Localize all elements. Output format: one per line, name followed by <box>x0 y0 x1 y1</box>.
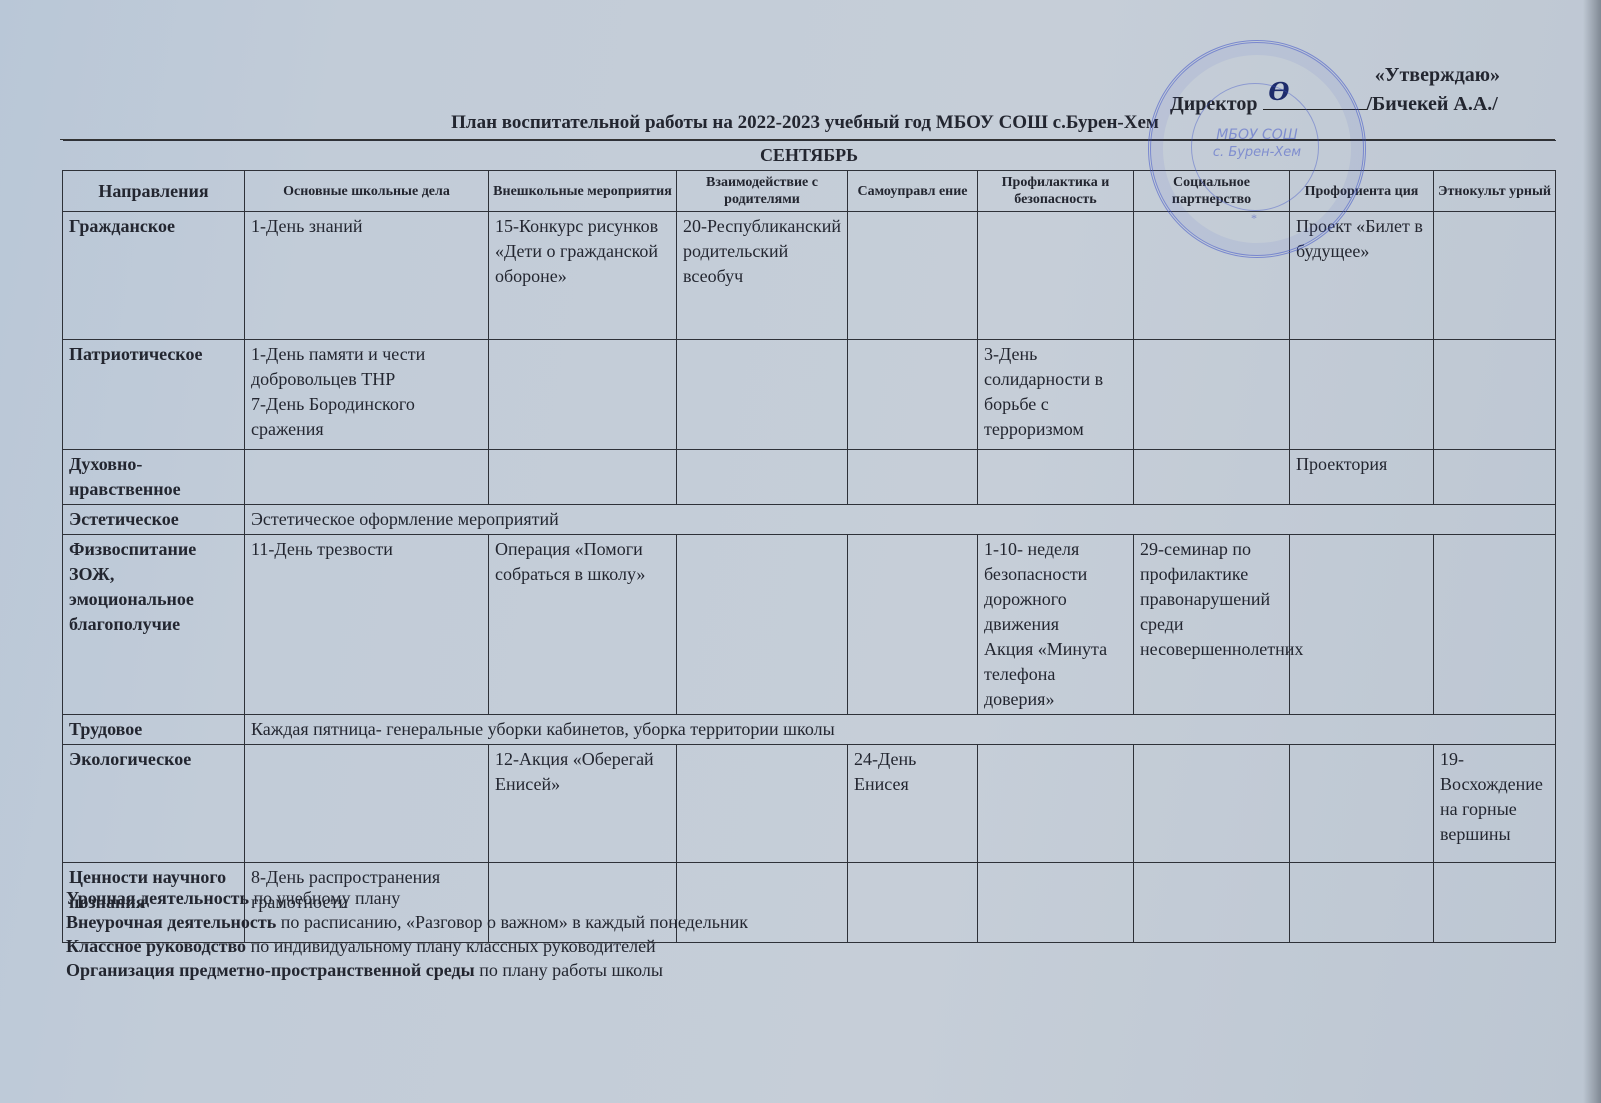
plan-table: СЕНТЯБРЬ НаправленияОсновные школьные де… <box>62 140 1556 943</box>
direction-cell: Экологическое <box>63 745 245 863</box>
direction-cell: Духовно-нравственное <box>63 450 245 505</box>
table-cell <box>677 450 848 505</box>
table-cell <box>677 745 848 863</box>
footer-line-heading: Классное руководство <box>66 936 246 956</box>
footer-notes: Урочная деятельность по учебному плануВн… <box>66 886 748 982</box>
direction-cell: Патриотическое <box>63 340 245 450</box>
table-cell: Проектория <box>1290 450 1434 505</box>
direction-cell: Эстетическое <box>63 505 245 535</box>
footer-line-text: по учебному плану <box>249 888 400 908</box>
table-cell <box>245 450 489 505</box>
table-cell: 15-Конкурс рисунков «Дети о гражданской … <box>489 212 677 340</box>
table-cell <box>978 745 1134 863</box>
table-cell: Проект «Билет в будущее» <box>1290 212 1434 340</box>
table-cell <box>1434 212 1556 340</box>
column-header: Профориента ция <box>1290 171 1434 212</box>
table-cell <box>245 745 489 863</box>
table-cell: 1-10- неделя безопасности дорожного движ… <box>978 535 1134 715</box>
footer-line-heading: Внеурочная деятельность <box>66 912 276 932</box>
table-cell <box>978 450 1134 505</box>
table-cell <box>848 212 978 340</box>
table-cell <box>1134 745 1290 863</box>
footer-line: Организация предметно-пространственной с… <box>66 958 748 982</box>
footer-line-text: по индивидуальному плану классных руково… <box>246 936 656 956</box>
table-row: Духовно-нравственноеПроектория <box>63 450 1556 505</box>
column-header: Основные школьные дела <box>245 171 489 212</box>
table-cell <box>1434 340 1556 450</box>
table-cell <box>848 535 978 715</box>
page-edge-shadow <box>1583 0 1601 1103</box>
merged-cell: Эстетическое оформление мероприятий <box>245 505 1556 535</box>
approval-block: «Утверждаю» Директор Ѳ/Бичекей А.А./ <box>1170 64 1500 116</box>
table-cell <box>1134 863 1290 943</box>
table-cell: 19-Восхождение на горные вершины <box>1434 745 1556 863</box>
table-row: Патриотическое1-День памяти и чести добр… <box>63 340 1556 450</box>
table-cell: 12-Акция «Оберегай Енисей» <box>489 745 677 863</box>
table-cell: 29-семинар по профилактике правонарушени… <box>1134 535 1290 715</box>
table-row: Физвоспитание ЗОЖ, эмоциональное благопо… <box>63 535 1556 715</box>
table-cell: 3-День солидарности в борьбе с терроризм… <box>978 340 1134 450</box>
table-cell <box>489 340 677 450</box>
table-cell: 1-День знаний <box>245 212 489 340</box>
footer-line: Классное руководство по индивидуальному … <box>66 934 748 958</box>
direction-cell: Трудовое <box>63 715 245 745</box>
direction-cell: Физвоспитание ЗОЖ, эмоциональное благопо… <box>63 535 245 715</box>
table-cell <box>978 212 1134 340</box>
column-header: Взаимодействие с родителями <box>677 171 848 212</box>
table-cell <box>1290 340 1434 450</box>
column-header: Направления <box>63 171 245 212</box>
table-cell: Операция «Помоги собраться в школу» <box>489 535 677 715</box>
column-header: Социальное партнерство <box>1134 171 1290 212</box>
table-row: ЭстетическоеЭстетическое оформление меро… <box>63 505 1556 535</box>
table-row: ТрудовоеКаждая пятница- генеральные убор… <box>63 715 1556 745</box>
signature: Ѳ <box>1269 77 1290 106</box>
approve-label: «Утверждаю» <box>1170 64 1500 87</box>
table-cell <box>1434 450 1556 505</box>
column-header: Внешкольные мероприятия <box>489 171 677 212</box>
column-header: Этнокульт урный <box>1434 171 1556 212</box>
table-cell <box>1290 863 1434 943</box>
column-header: Профилактика и безопасность <box>978 171 1134 212</box>
page-title: План воспитательной работы на 2022-2023 … <box>60 112 1550 134</box>
table-cell <box>848 450 978 505</box>
signature-line: Ѳ <box>1263 91 1367 110</box>
table-cell <box>848 863 978 943</box>
table-cell <box>1434 535 1556 715</box>
footer-line-text: по расписанию, «Разговор о важном» в каж… <box>276 912 748 932</box>
table-cell <box>1134 340 1290 450</box>
table-cell <box>489 450 677 505</box>
table-cell: 24-День Енисея <box>848 745 978 863</box>
table-cell <box>978 863 1134 943</box>
table-cell <box>677 340 848 450</box>
table-row: Гражданское1-День знаний15-Конкурс рисун… <box>63 212 1556 340</box>
footer-line: Урочная деятельность по учебному плану <box>66 886 748 910</box>
table-header-row: НаправленияОсновные школьные делаВнешкол… <box>63 171 1556 212</box>
direction-cell: Гражданское <box>63 212 245 340</box>
table-cell <box>1290 745 1434 863</box>
table-row: Экологическое12-Акция «Оберегай Енисей»2… <box>63 745 1556 863</box>
footer-line-text: по плану работы школы <box>475 960 663 980</box>
table-cell: 11-День трезвости <box>245 535 489 715</box>
footer-line-heading: Урочная деятельность <box>66 888 249 908</box>
table-cell <box>1134 212 1290 340</box>
merged-cell: Каждая пятница- генеральные уборки кабин… <box>245 715 1556 745</box>
table-cell <box>677 535 848 715</box>
month-label: СЕНТЯБРЬ <box>63 141 1556 171</box>
table-cell <box>848 340 978 450</box>
column-header: Самоуправл ение <box>848 171 978 212</box>
table-cell: 1-День памяти и чести добровольцев ТНР 7… <box>245 340 489 450</box>
table-cell: 20-Республиканский родительский всеобуч <box>677 212 848 340</box>
table-cell <box>1434 863 1556 943</box>
table-cell <box>1290 535 1434 715</box>
footer-line: Внеурочная деятельность по расписанию, «… <box>66 910 748 934</box>
footer-line-heading: Организация предметно-пространственной с… <box>66 960 475 980</box>
table-cell <box>1134 450 1290 505</box>
